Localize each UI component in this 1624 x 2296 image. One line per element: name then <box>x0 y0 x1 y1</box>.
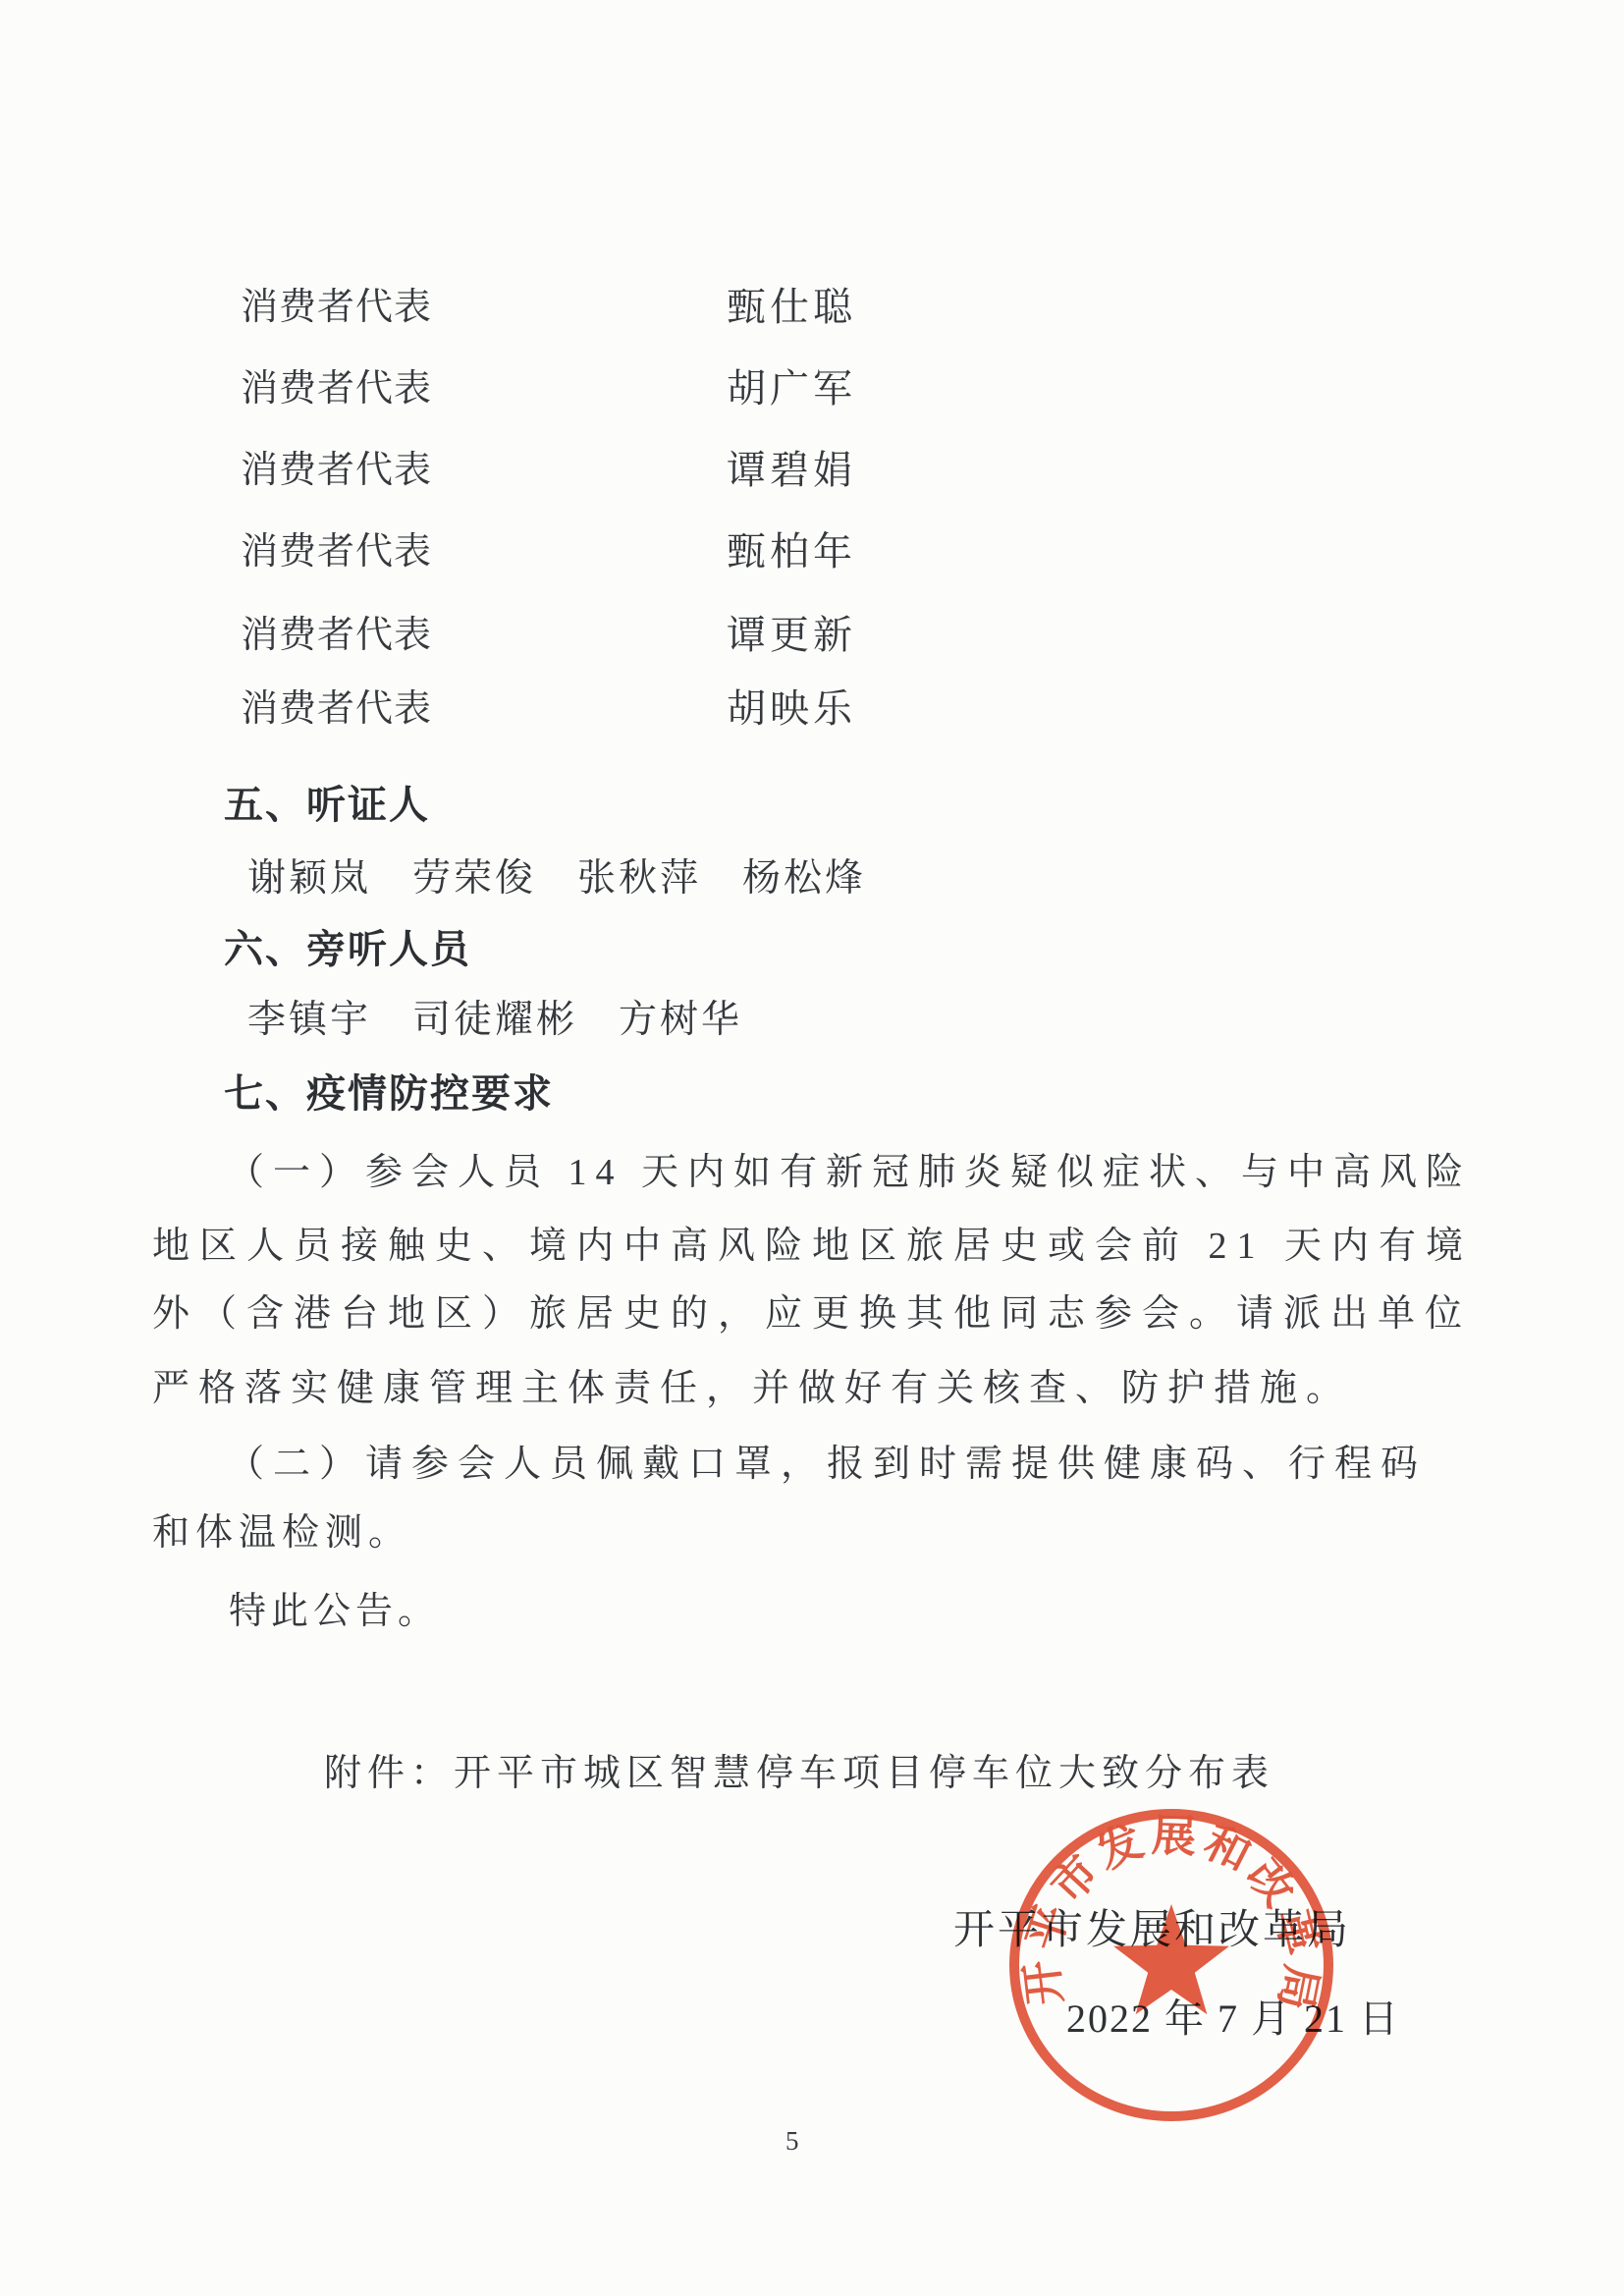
rep-name: 甄柏年 <box>727 529 856 574</box>
rep-role: 消费者代表 <box>241 688 432 732</box>
seal-graphic: 开平市发展和改革局 <box>1001 1801 1341 2129</box>
rep-name: 谭更新 <box>727 613 856 658</box>
rep-role: 消费者代表 <box>241 287 432 330</box>
rep-name: 甄仕聪 <box>727 285 856 330</box>
rep-role: 消费者代表 <box>241 368 432 411</box>
rep-role: 消费者代表 <box>241 615 432 658</box>
rep-name: 谭碧娟 <box>727 448 856 493</box>
official-seal: 开平市发展和改革局 <box>1001 1801 1341 2129</box>
closing-statement: 特此公告。 <box>229 1591 440 1634</box>
paragraph-line: （二）请参会人员佩戴口罩，报到时需提供健康码、行程码 <box>227 1444 1427 1487</box>
paragraph-line: 严格落实健康管理主体责任，并做好有关核查、防护措施。 <box>152 1368 1352 1411</box>
section6-heading: 六、旁听人员 <box>224 927 471 972</box>
section6-name-list: 李镇宇 司徒耀彬 方树华 <box>247 999 742 1043</box>
seal-ring <box>1014 1814 1328 2116</box>
attachment-line: 附件：开平市城区智慧停车项目停车位大致分布表 <box>324 1753 1274 1796</box>
rep-name: 胡映乐 <box>727 686 856 732</box>
document-page: 消费者代表 甄仕聪 消费者代表 胡广军 消费者代表 谭碧娟 消费者代表 甄柏年 … <box>0 0 1624 2296</box>
paragraph-line: （一）参会人员 14 天内如有新冠肺炎疑似症状、与中高风险 <box>227 1152 1472 1195</box>
paragraph-line: 和体温检测。 <box>152 1512 411 1556</box>
section7-heading: 七、疫情防控要求 <box>224 1071 554 1117</box>
page-number: 5 <box>785 2126 799 2157</box>
paragraph-line: 地区人员接触史、境内中高风险地区旅居史或会前 21 天内有境 <box>152 1226 1473 1269</box>
rep-role: 消费者代表 <box>241 531 432 574</box>
section5-heading: 五、听证人 <box>224 783 430 828</box>
issue-date: 2022 年 7 月 21 日 <box>1066 1996 1400 2042</box>
section5-name-list: 谢颖岚 劳荣俊 张秋萍 杨松烽 <box>247 857 866 902</box>
rep-name: 胡广军 <box>727 366 856 411</box>
paragraph-line: 外（含港台地区）旅居史的，应更换其他同志参会。请派出单位 <box>152 1293 1472 1337</box>
rep-role: 消费者代表 <box>241 450 432 493</box>
issuer-signature: 开平市发展和改革局 <box>953 1907 1351 1954</box>
